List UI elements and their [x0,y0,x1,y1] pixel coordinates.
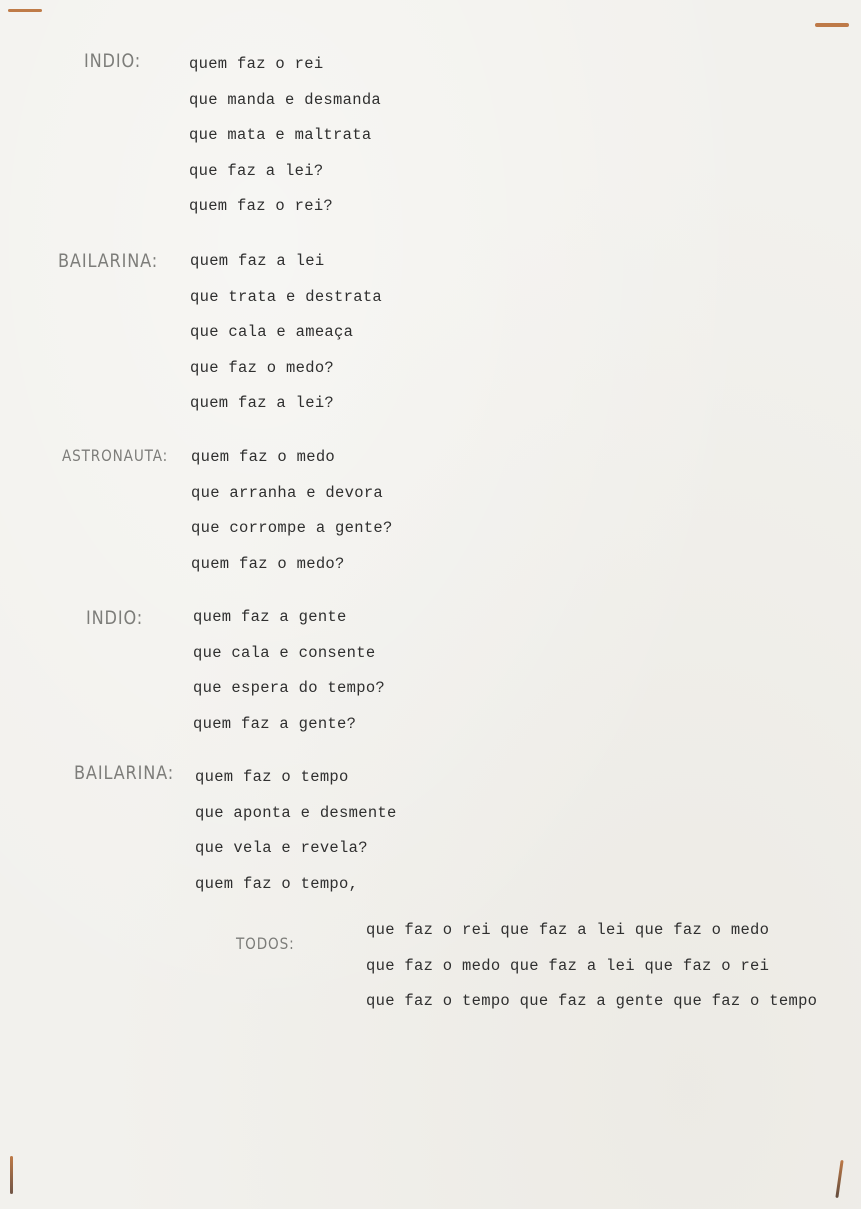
verse-line: que faz o tempo que faz a gente que faz … [366,991,817,1027]
speaker-label: INDIO: [86,607,143,629]
verse-line: que faz o medo? [190,358,382,394]
verse-line: que manda e desmanda [189,90,381,126]
verse-line: quem faz o rei? [189,196,381,232]
stanza: quem faz o tempo que aponta e desmente q… [195,767,397,909]
speaker-label: ASTRONAUTA: [62,446,168,465]
verse-line: que mata e maltrata [189,125,381,161]
verse-line: que trata e destrata [190,287,382,323]
stanza: quem faz o medo que arranha e devora que… [191,447,393,589]
verse-line: que arranha e devora [191,483,393,519]
verse-line: que espera do tempo? [193,678,385,714]
speaker-label: TODOS: [236,934,295,953]
stanza: quem faz a lei que trata e destrata que … [190,251,382,429]
verse-line: quem faz o tempo [195,767,397,803]
stanza: quem faz a gente que cala e consente que… [193,607,385,749]
stanza-chorus: que faz o rei que faz a lei que faz o me… [366,920,817,1027]
verse-line: quem faz a gente [193,607,385,643]
corner-mark-top-right [815,23,849,27]
verse-line: que vela e revela? [195,838,397,874]
speaker-label: INDIO: [84,50,141,72]
stanza: quem faz o rei que manda e desmanda que … [189,54,381,232]
verse-line: que faz o medo que faz a lei que faz o r… [366,956,817,992]
verse-line: quem faz a lei [190,251,382,287]
verse-line: que cala e consente [193,643,385,679]
verse-line: que corrompe a gente? [191,518,393,554]
speaker-label: BAILARINA: [58,250,158,272]
verse-line: quem faz o medo [191,447,393,483]
corner-mark-top-left [8,9,42,12]
verse-line: que faz a lei? [189,161,381,197]
verse-line: que faz o rei que faz a lei que faz o me… [366,920,817,956]
verse-line: quem faz o tempo, [195,874,397,910]
verse-line: quem faz a lei? [190,393,382,429]
verse-line: que cala e ameaça [190,322,382,358]
speaker-label: BAILARINA: [74,762,174,784]
verse-line: quem faz o medo? [191,554,393,590]
corner-mark-bottom-left [10,1156,13,1194]
verse-line: que aponta e desmente [195,803,397,839]
paper-background [0,0,861,1209]
verse-line: quem faz o rei [189,54,381,90]
verse-line: quem faz a gente? [193,714,385,750]
